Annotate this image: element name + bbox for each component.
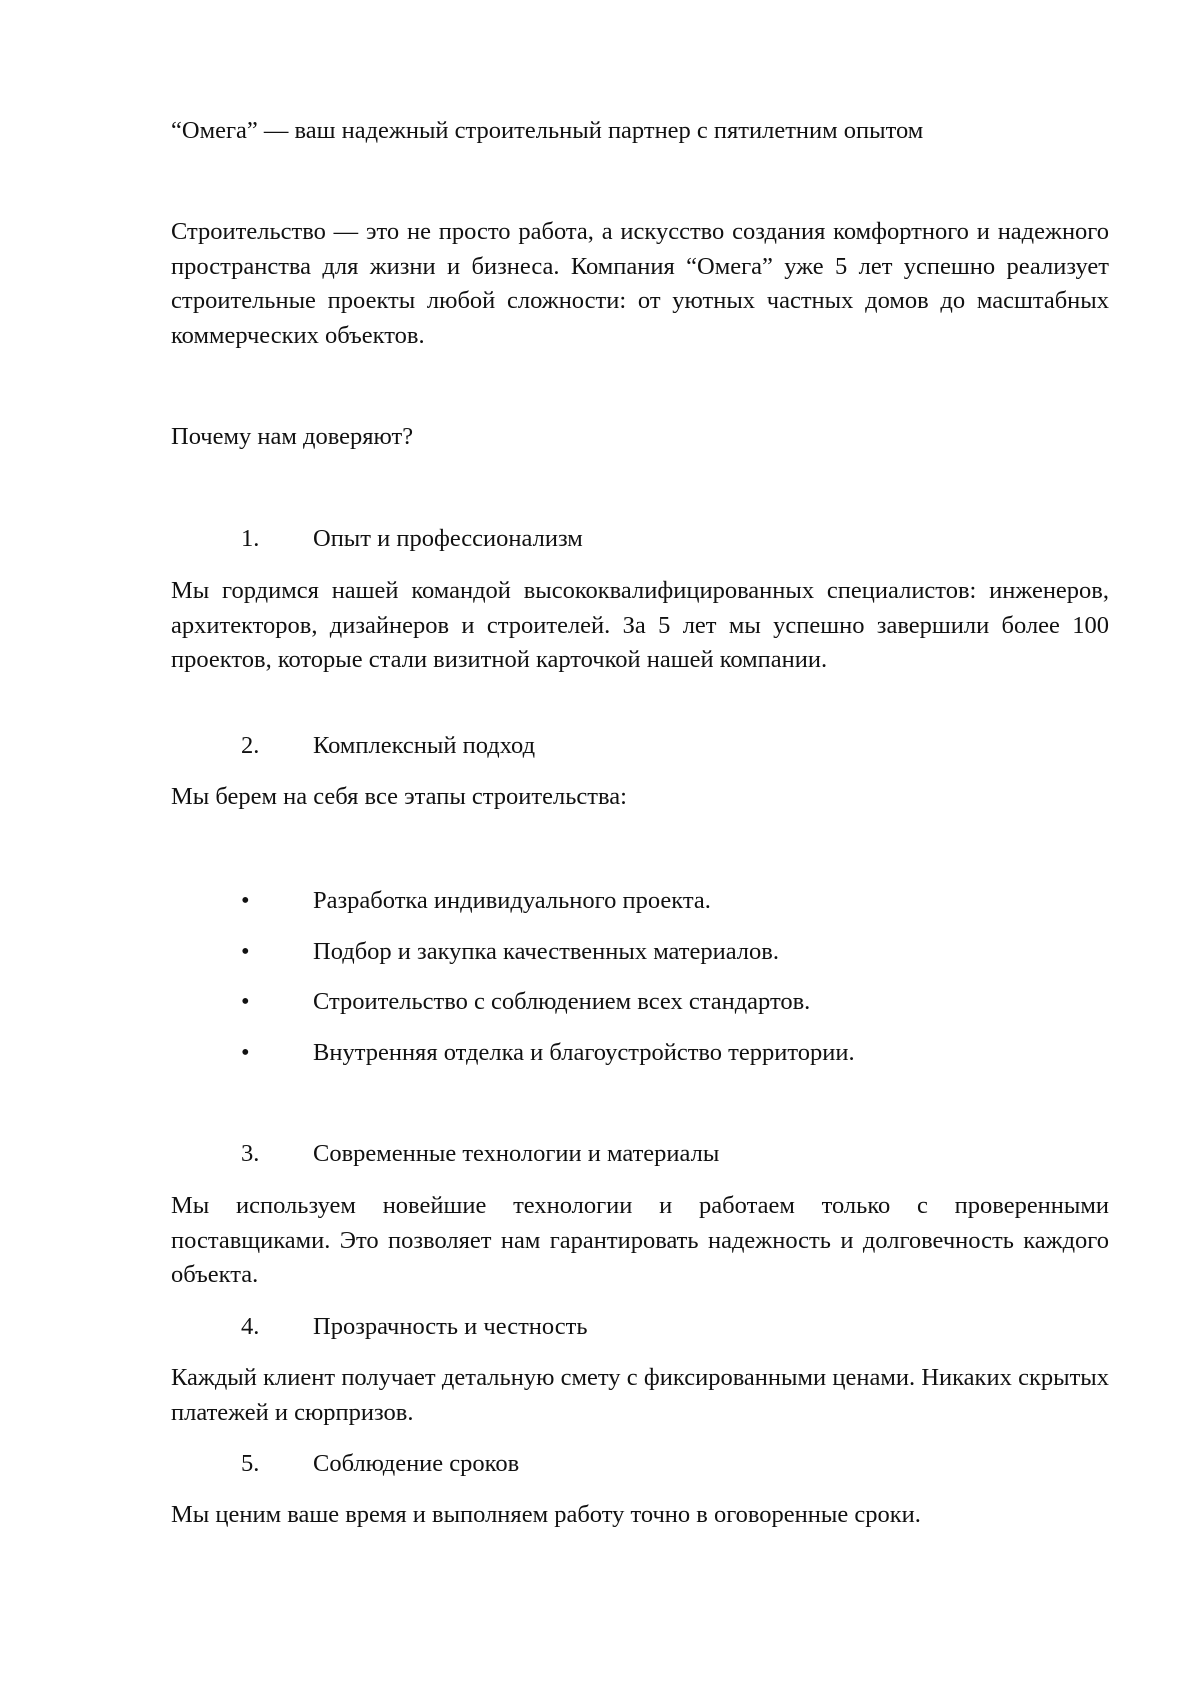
item-number: 5. [241,1447,259,1482]
bullet-icon: • [241,1036,250,1071]
section-question: Почему нам доверяют? [171,420,1109,455]
section-4-body: Каждый клиент получает детальную смету с… [171,1361,1109,1430]
section-3-body: Мы используем новейшие технологии и рабо… [171,1189,1109,1293]
bullet-text: Внутренняя отделка и благоустройство тер… [313,1036,855,1071]
section-1-body: Мы гордимся нашей командой высококвалифи… [171,574,1109,678]
bullet-text: Подбор и закупка качественных материалов… [313,935,779,970]
bullet-text: Разработка индивидуального проекта. [313,884,711,919]
item-number: 2. [241,729,259,764]
section-5-body: Мы ценим ваше время и выполняем работу т… [171,1498,1109,1533]
item-heading: Опыт и профессионализм [313,522,583,557]
item-number: 3. [241,1137,259,1172]
document-page: “Омега” — ваш надежный строительный парт… [0,0,1190,1683]
intro-paragraph: Строительство — это не просто работа, а … [171,215,1109,353]
bullet-icon: • [241,884,250,919]
bullet-icon: • [241,935,250,970]
bullet-text: Строительство с соблюдением всех стандар… [313,985,810,1020]
item-heading: Соблюдение сроков [313,1447,519,1482]
item-heading: Прозрачность и честность [313,1310,588,1345]
document-title: “Омега” — ваш надежный строительный парт… [171,114,1109,149]
item-heading: Современные технологии и материалы [313,1137,719,1172]
item-number: 4. [241,1310,259,1345]
item-heading: Комплексный подход [313,729,535,764]
bullet-icon: • [241,985,250,1020]
item-number: 1. [241,522,259,557]
section-2-body: Мы берем на себя все этапы строительства… [171,780,1109,815]
